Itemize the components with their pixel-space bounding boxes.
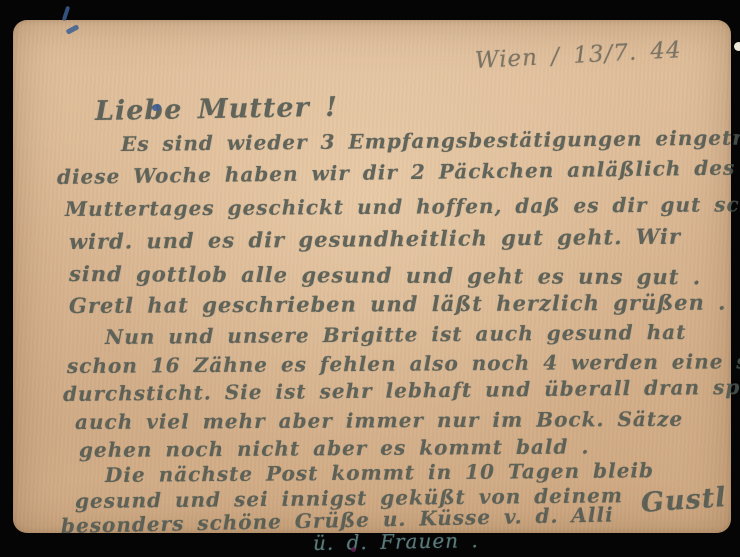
handwritten-line: schon 16 Zähne es fehlen also noch 4 wer… [67, 349, 740, 378]
handwritten-line: gehen noch nicht aber es kommt bald . [79, 434, 590, 462]
handwritten-line: Nun und unsere Brigitte ist auch gesund … [105, 320, 687, 349]
blue-pen-mark [62, 6, 70, 22]
handwritten-line: durchsticht. Sie ist sehr lebhaft und üb… [63, 374, 740, 406]
handwritten-line: Die nächste Post kommt in 10 Tagen bleib [105, 458, 654, 487]
handwritten-line: Gretl hat geschrieben und läßt herzlich … [69, 290, 727, 318]
handwritten-line: diese Woche haben wir dir 2 Päckchen anl… [57, 153, 740, 189]
paper-speck [734, 42, 740, 51]
ink-speck [351, 547, 356, 552]
dateline: Wien / 13/7. 44 [474, 37, 682, 74]
postscript-line: ü. d. Frauen . [313, 528, 479, 555]
salutation: Liebe Mutter ! [95, 92, 339, 127]
handwritten-line: Muttertages geschickt und hoffen, daß es… [65, 192, 740, 221]
handwritten-line: auch viel mehr aber immer nur im Bock. S… [75, 407, 683, 434]
postcard-paper: Wien / 13/7. 44 Liebe Mutter ! Es sind w… [13, 20, 731, 533]
handwritten-line: Es sind wieder 3 Empfangsbestätigungen e… [121, 125, 740, 156]
scanned-postcard-photo: Wien / 13/7. 44 Liebe Mutter ! Es sind w… [0, 0, 740, 557]
handwritten-line: wird. und es dir gesundheitlich gut geht… [69, 224, 681, 254]
handwritten-line: sind gottlob alle gesund und geht es uns… [69, 261, 701, 289]
signature: Gustl [640, 482, 728, 519]
